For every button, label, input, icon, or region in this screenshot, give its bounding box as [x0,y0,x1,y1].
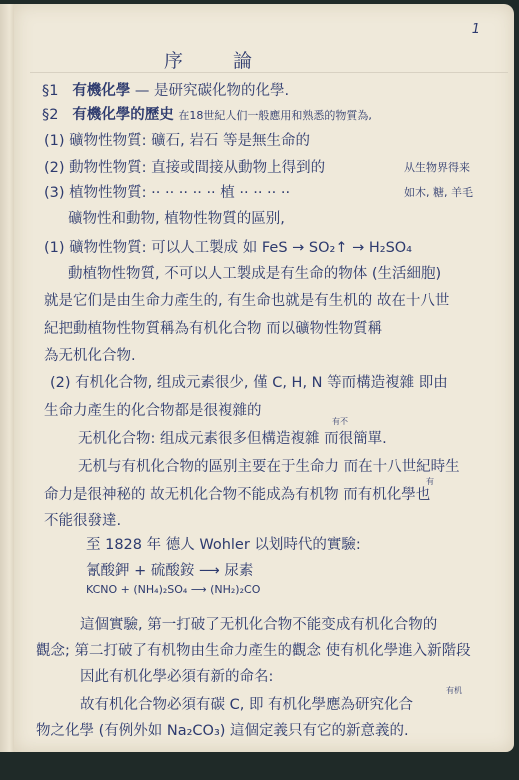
text-line: 无机化合物: 组成元素很多但構造複雜 而很簡單. [78,432,387,447]
section-2-text: 在18世紀人们一般應用和熟悉的物質為, [178,109,372,122]
text-line: 礦物性和動物, 植物性物質的區别, [68,212,285,227]
text-line: 這個實驗, 第一打破了无机化合物不能变成有机化合物的 [80,618,437,633]
text-line: 不能很發達. [44,514,121,529]
section-2-label: §2 [42,107,58,123]
text-line: (2) 有机化合物, 组成元素很少, 僅 C, H, N 等而構造複雜 即由 [50,376,448,391]
text-line: 物之化學 (有例外如 Na₂CO₃) 這個定義只有它的新意義的. [36,724,409,739]
text-line: 无机与有机化合物的區别主要在于生命力 而在十八世紀時生 [78,460,460,475]
text-line: 故有机化合物必須有碳 C, 即 有机化學應為研究化合 [80,698,413,713]
section-1: §1 有機化學 — 是研究碳化物的化學. [42,84,289,99]
text-line: (1) 礦物性物質: 礦石, 岩石 等是無生命的 [44,134,310,149]
text-line: 至 1828 年 德人 Wohler 以划時代的實驗: [86,538,361,553]
text-line: 氰酸鉀 + 硫酸銨 ⟶ 尿素 [86,564,253,579]
page-number: 1 [472,22,480,37]
annotation: 有 [426,476,434,487]
text-line: 因此有机化學必須有新的命名: [80,670,273,685]
text-line: 命力是很神秘的 故无机化合物不能成為有机物 而有机化學也 [44,488,430,503]
formula-line: KCNO + (NH₄)₂SO₄ ⟶ (NH₂)₂CO [86,584,260,595]
text-line: 動植物性物質, 不可以人工製成是有生命的物体 (生活細胞) [68,267,441,282]
annotation: 有不 [332,416,348,427]
notebook-page: 1 序 論 §1 有機化學 — 是研究碳化物的化學. §2 有機化學的歷史 在1… [14,4,514,752]
text-line: 觀念; 第二打破了有机物由生命力產生的觀念 使有机化學進入新階段 [36,644,471,659]
bracket-note: 如木, 糖, 羊毛 [404,187,473,198]
text-line: 為无机化合物. [44,349,136,364]
text-line: (2) 動物性物質: 直接或間接从動物上得到的 [44,161,325,176]
section-1-heading: 有機化學 [72,83,130,99]
text-line: 生命力產生的化合物都是很複雜的 [44,404,262,419]
text-line: 紀把動植物性物質稱為有机化合物 而以礦物性物質稱 [44,322,382,337]
section-1-text: — 是研究碳化物的化學. [135,83,289,99]
annotation: 有机 [446,685,462,696]
section-2: §2 有機化學的歷史 在18世紀人们一般應用和熟悉的物質為, [42,108,372,123]
text-line: 就是它们是由生命力產生的, 有生命也就是有生机的 故在十八世 [44,294,449,309]
page-title: 序 論 [164,46,274,73]
section-2-heading: 有機化學的歷史 [72,107,174,123]
section-1-label: §1 [42,83,58,99]
text-line: (3) 植物性物質: ·· ·· ·· ·· ·· 植 ·· ·· ·· ·· [44,186,290,201]
bracket-note: 从生物界得来 [404,162,470,173]
text-line: (1) 礦物性物質: 可以人工製成 如 FeS → SO₂↑ → H₂SO₄ [44,241,412,256]
